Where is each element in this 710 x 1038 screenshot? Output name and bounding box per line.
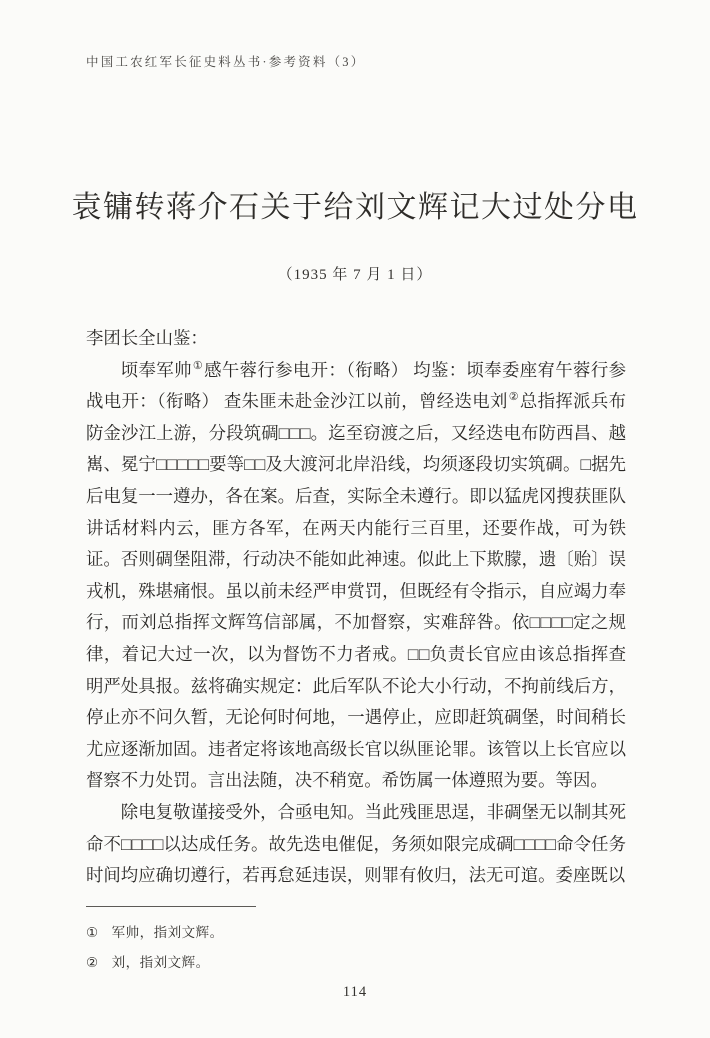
footnote-marker: ② bbox=[86, 955, 99, 970]
document-title: 袁镛转蒋介石关于给刘文辉记大过处分电 bbox=[0, 182, 710, 226]
body-paragraph: 顷奉军帅①感午蓉行参电开：（衔略） 均鉴：顷奉委座宥午蓉行参战电开：（衔略） 查… bbox=[86, 355, 626, 797]
footnote-item: ②刘，指刘文辉。 bbox=[86, 948, 626, 978]
footnote-marker: ① bbox=[86, 925, 99, 940]
series-header: 中国工农红军长征史料丛书·参考资料（3） bbox=[86, 52, 365, 70]
footnote-ref: ② bbox=[508, 391, 520, 403]
footnote-text: 军帅，指刘文辉。 bbox=[112, 925, 224, 940]
document-body: 李团长全山鉴：顷奉军帅①感午蓉行参电开：（衔略） 均鉴：顷奉委座宥午蓉行参战电开… bbox=[86, 323, 626, 892]
footnote-item: ①军帅，指刘文辉。 bbox=[86, 918, 626, 948]
book-page: 中国工农红军长征史料丛书·参考资料（3） 袁镛转蒋介石关于给刘文辉记大过处分电 … bbox=[0, 0, 710, 1038]
footnote-ref: ① bbox=[192, 360, 204, 372]
body-paragraph: 李团长全山鉴： bbox=[86, 323, 626, 355]
document-date: （1935 年 7 月 1 日） bbox=[0, 263, 710, 284]
footnote-text: 刘，指刘文辉。 bbox=[112, 955, 210, 970]
body-paragraph: 除电复敬谨接受外，合亟电知。当此残匪思逞，非碉堡无以制其死命不□□□□以达成任务… bbox=[86, 797, 626, 892]
footnote-divider bbox=[86, 906, 256, 907]
page-number: 114 bbox=[0, 984, 710, 1001]
footnotes-section: ①军帅，指刘文辉。 ②刘，指刘文辉。 bbox=[86, 906, 626, 977]
